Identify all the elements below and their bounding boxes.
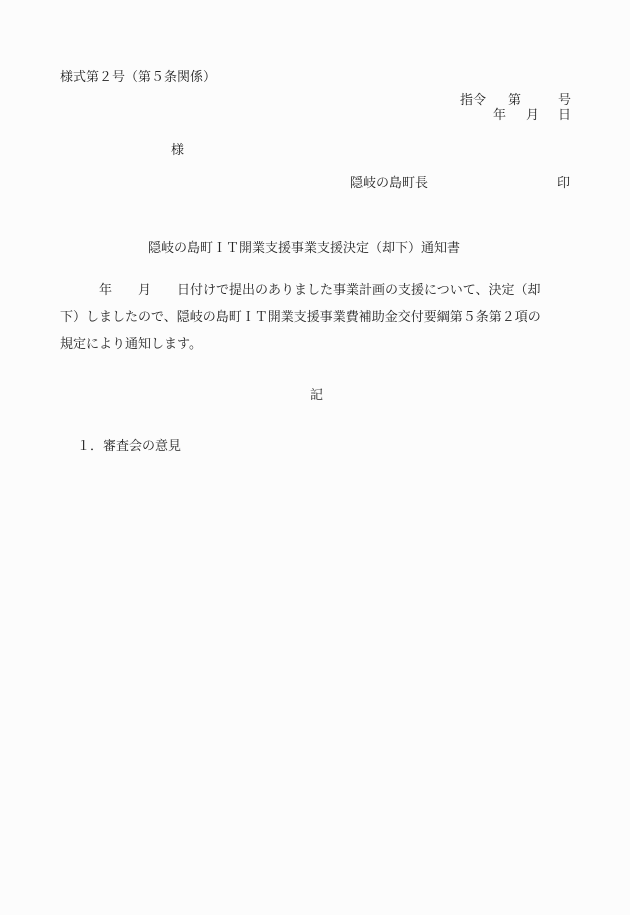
reference-prefix: 指令: [460, 93, 486, 109]
reference-dai: 第: [508, 93, 521, 109]
form-number: 様式第２号（第５条関係）: [60, 70, 216, 86]
reference-go: 号: [558, 93, 571, 109]
body-line: 下）しましたので、隠岐の島町ＩＴ開業支援事業費補助金交付要綱第５条第２項の: [60, 304, 574, 331]
body-line: 年 月 日付けで提出のありました事業計画の支援について、決定（却: [60, 277, 574, 304]
seal-mark: 印: [557, 176, 570, 192]
body-line: 規定により通知します。: [60, 331, 574, 358]
date-day: 日: [558, 108, 571, 124]
addressee-suffix: 様: [171, 143, 184, 159]
issuer-name: 隠岐の島町長: [350, 176, 428, 192]
date-month: 月: [526, 108, 539, 124]
date-year: 年: [493, 108, 506, 124]
body-paragraph: 年 月 日付けで提出のありました事業計画の支援について、決定（却 下）しましたの…: [60, 277, 574, 358]
note-heading: 記: [310, 388, 323, 404]
document-title: 隠岐の島町ＩＴ開業支援事業支援決定（却下）通知書: [148, 241, 460, 257]
list-item: １．審査会の意見: [77, 439, 181, 455]
